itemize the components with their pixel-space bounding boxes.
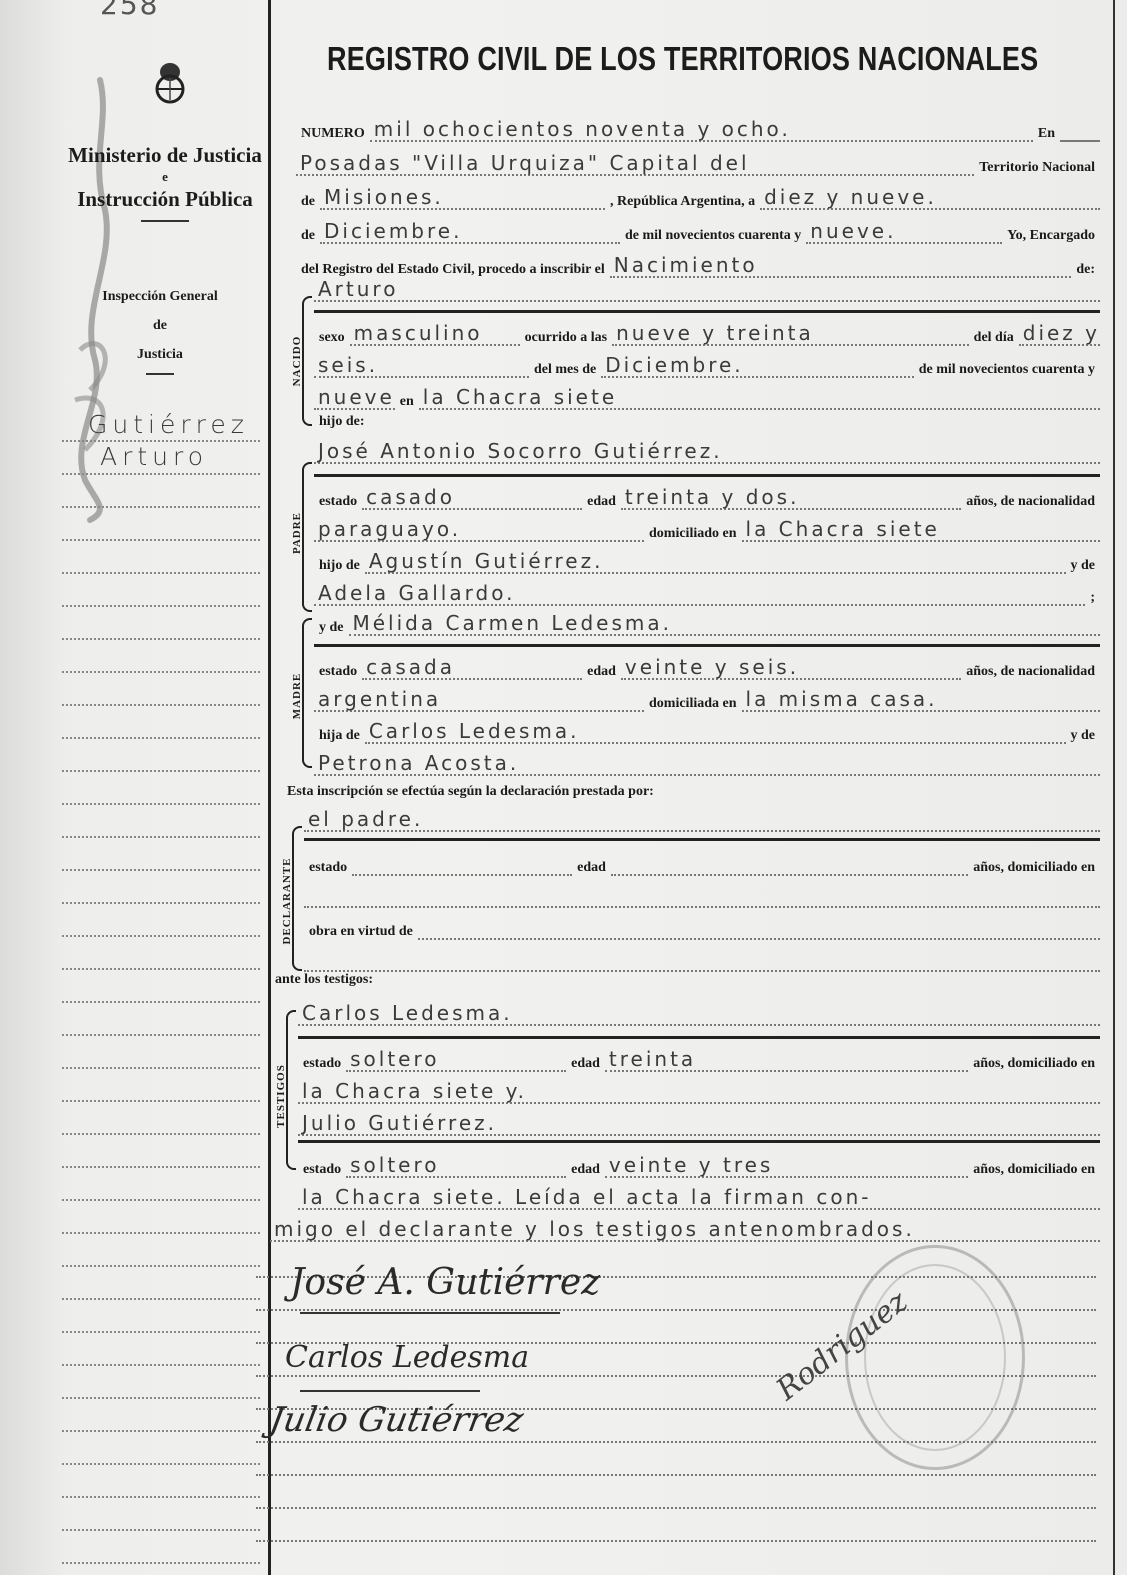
- place-row: Posadas "Villa Urquiza" Capital del Terr…: [296, 152, 1100, 176]
- del-dia-label: del día: [969, 330, 1019, 346]
- declarante-obra-field[interactable]: [418, 916, 1100, 940]
- domicilio-label: años, domiciliado en: [968, 1056, 1100, 1072]
- year-label: de mil novecientos cuarenta y: [620, 228, 806, 244]
- declarante-edad-field[interactable]: [611, 852, 968, 876]
- margin-ruled-line: [62, 1562, 260, 1564]
- margin-ruled-line: [62, 1364, 260, 1366]
- madre-estado-row: estado casada edad veinte y seis. años, …: [314, 656, 1100, 680]
- en-label: En: [1033, 126, 1060, 142]
- lugar-row: nueve en la Chacra siete: [314, 386, 1100, 410]
- margin-rule: [268, 0, 271, 1575]
- declaracion-intro-label: Esta inscripción se efectúa según la dec…: [282, 784, 659, 800]
- year-field[interactable]: nueve.: [806, 220, 1002, 244]
- section-rule: [298, 1140, 1100, 1143]
- y-de-label: y de: [1066, 728, 1101, 744]
- month-row: de Diciembre. de mil novecientos cuarent…: [296, 220, 1100, 244]
- signature-testigo-2: Julio Gutiérrez: [266, 1400, 526, 1440]
- nacionalidad-label: años, de nacionalidad: [961, 664, 1100, 680]
- signature-declarante: José A. Gutiérrez: [290, 1262, 600, 1303]
- estado-label: estado: [314, 664, 362, 680]
- mes-field[interactable]: Diciembre.: [601, 354, 914, 378]
- padre-domicilio-row: paraguayo. domiciliado en la Chacra siet…: [314, 518, 1100, 542]
- numero-field[interactable]: mil ochocientos noventa y ocho.: [370, 118, 1033, 142]
- inspection-line-1: Inspección General: [90, 282, 230, 311]
- nacido-name-row: Arturo: [314, 278, 1100, 302]
- margin-ruled-line: [62, 1067, 260, 1069]
- edad-label: edad: [572, 860, 611, 876]
- margin-ruled-line: [62, 1496, 260, 1498]
- margin-ruled-line: [62, 1199, 260, 1201]
- witness2-estado-row: estado soltero edad veinte y tres años, …: [298, 1154, 1100, 1178]
- nacido-bracket: [302, 296, 312, 426]
- witness2-domicilio-field[interactable]: la Chacra siete. Leída el acta la firman…: [298, 1186, 1100, 1210]
- hijo-de-label: hijo de: [314, 558, 365, 574]
- act-type-field[interactable]: Nacimiento: [610, 254, 1072, 278]
- inspection-line-3: Justicia: [90, 340, 230, 369]
- estado-label: estado: [298, 1056, 346, 1072]
- line-end: [1060, 130, 1100, 142]
- sexo-field[interactable]: masculino: [350, 322, 520, 346]
- declarante-estado-field[interactable]: [352, 852, 572, 876]
- margin-ruled-line: [62, 770, 260, 772]
- madre-name-field[interactable]: Mélida Carmen Ledesma.: [349, 612, 1101, 636]
- margin-ruled-line: [62, 1034, 260, 1036]
- declarante-domicilio-field[interactable]: [304, 884, 1100, 908]
- padre-estado-row: estado casado edad treinta y dos. años, …: [314, 486, 1100, 510]
- domicilio-label: años, domiciliado en: [968, 1162, 1100, 1178]
- signature-ruled-line: [256, 1474, 1096, 1476]
- edad-label: edad: [566, 1056, 605, 1072]
- edad-label: edad: [582, 664, 621, 680]
- margin-ruled-line: [62, 506, 260, 508]
- section-rule: [304, 838, 1100, 841]
- ocurrido-label: ocurrido a las: [520, 330, 612, 346]
- margin-column: 258 Ministerio de Justicia e Instrucción…: [0, 0, 270, 1575]
- registro-row: del Registro del Estado Civil, procedo a…: [296, 254, 1100, 278]
- domicilio-label: domiciliado en: [644, 526, 742, 542]
- witness1-estado-row: estado soltero edad treinta años, domici…: [298, 1048, 1100, 1072]
- witness2-name-row: Julio Gutiérrez.: [298, 1112, 1100, 1136]
- margin-ruled-line: [62, 902, 260, 904]
- declarante-name-field[interactable]: el padre.: [304, 808, 1100, 832]
- section-rule: [314, 644, 1100, 647]
- signature-testigo-1: Carlos Ledesma: [285, 1340, 529, 1375]
- territory-row: de Misiones. , República Argentina, a di…: [296, 186, 1100, 210]
- republica-label: , República Argentina, a: [605, 194, 760, 210]
- padre-nacionalidad-field[interactable]: paraguayo.: [314, 518, 644, 542]
- declarante-name-row: el padre.: [304, 808, 1100, 832]
- witness2-name-field[interactable]: Julio Gutiérrez.: [298, 1112, 1100, 1136]
- section-rule: [298, 1036, 1100, 1039]
- semicolon: ;: [1085, 590, 1100, 606]
- padre-mother-field[interactable]: Adela Gallardo.: [314, 582, 1085, 606]
- dia-field-b[interactable]: seis.: [314, 354, 529, 378]
- padre-edad-field[interactable]: treinta y dos.: [621, 486, 961, 510]
- witness1-name-field[interactable]: Carlos Ledesma.: [298, 1002, 1100, 1026]
- margin-ruled-line: [62, 836, 260, 838]
- mes-row: seis. del mes de Diciembre. de mil novec…: [314, 354, 1100, 378]
- witness1-name-row: Carlos Ledesma.: [298, 1002, 1100, 1026]
- madre-edad-field[interactable]: veinte y seis.: [621, 656, 961, 680]
- inspection-line-2: de: [90, 311, 230, 340]
- mes-label: del mes de: [529, 362, 601, 378]
- page-number: 258: [100, 0, 159, 21]
- closing-field[interactable]: migo el declarante y los testigos anteno…: [270, 1218, 1100, 1242]
- witness1-edad-field[interactable]: treinta: [605, 1048, 968, 1072]
- margin-ruled-line: [62, 1331, 260, 1333]
- declarante-obra-field-2[interactable]: [304, 948, 1100, 972]
- madre-name-row: y de Mélida Carmen Ledesma.: [314, 612, 1100, 636]
- en-label: en: [395, 394, 419, 410]
- witness2-edad-field[interactable]: veinte y tres: [605, 1154, 968, 1178]
- argentine-coat-of-arms-icon: [153, 60, 187, 106]
- madre-nacionalidad-field[interactable]: argentina: [314, 688, 644, 712]
- declarante-obra-row-2: [304, 948, 1100, 972]
- place-field[interactable]: Posadas "Villa Urquiza" Capital del: [296, 152, 974, 176]
- margin-ruled-line: [62, 605, 260, 607]
- obra-label: obra en virtud de: [304, 924, 418, 940]
- witness2-domicilio-row: la Chacra siete. Leída el acta la firman…: [298, 1186, 1100, 1210]
- hijo-row: hijo de:: [314, 414, 514, 430]
- testigos-section-label: TESTIGOS: [275, 1051, 287, 1141]
- declarante-domicilio-row: [304, 884, 1100, 908]
- margin-ruled-line: [62, 968, 260, 970]
- page-title: REGISTRO CIVIL DE LOS TERRITORIOS NACION…: [327, 40, 950, 78]
- closing-row: migo el declarante y los testigos anteno…: [270, 1218, 1100, 1242]
- margin-ruled-line: [62, 1397, 260, 1399]
- margin-ruled-line: [62, 440, 260, 442]
- estado-label: estado: [314, 494, 362, 510]
- witness2-estado-field[interactable]: soltero: [346, 1154, 566, 1178]
- y-de-label: y de: [1066, 558, 1101, 574]
- madre-domicilio-row: argentina domiciliada en la misma casa.: [314, 688, 1100, 712]
- numero-row: NUMERO mil ochocientos noventa y ocho. E…: [296, 118, 1100, 142]
- witness1-domicilio-field[interactable]: la Chacra siete y.: [298, 1080, 1100, 1104]
- margin-ruled-line: [62, 1133, 260, 1135]
- hora-field[interactable]: nueve y treinta: [612, 322, 969, 346]
- page-edge-rule: [1113, 0, 1115, 1575]
- declaracion-intro-row: Esta inscripción se efectúa según la dec…: [282, 784, 1100, 800]
- madre-bracket: [302, 618, 312, 768]
- margin-ruled-line: [62, 671, 260, 673]
- lugar-field[interactable]: la Chacra siete: [419, 386, 1100, 410]
- padre-section-label: PADRE: [291, 498, 303, 568]
- margin-ruled-line: [62, 1463, 260, 1465]
- margin-annotation-surname: Gutiérrez: [88, 410, 249, 439]
- signature-ruled-line: [256, 1540, 1096, 1542]
- de-label: de: [296, 194, 320, 210]
- territory-field[interactable]: Misiones.: [320, 186, 605, 210]
- margin-ruled-line: [62, 638, 260, 640]
- ministry-line-1: Ministerio de Justicia: [60, 140, 270, 170]
- witness1-estado-field[interactable]: soltero: [346, 1048, 566, 1072]
- margin-ruled-line: [62, 1298, 260, 1300]
- margin-ruled-line: [62, 473, 260, 475]
- official-stamp: [845, 1245, 1025, 1470]
- ministry-heading: Ministerio de Justicia e Instrucción Púb…: [60, 140, 270, 222]
- padre-mother-row: Adela Gallardo. ;: [314, 582, 1100, 606]
- section-rule: [314, 474, 1100, 477]
- madre-domicilio-field[interactable]: la misma casa.: [742, 688, 1100, 712]
- madre-estado-field[interactable]: casada: [362, 656, 582, 680]
- signature-underline: [300, 1312, 560, 1314]
- ministry-conjunction: e: [60, 170, 270, 184]
- padre-name-row: José Antonio Socorro Gutiérrez.: [314, 440, 1100, 464]
- testigos-intro-label: ante los testigos:: [270, 972, 378, 988]
- anio-field[interactable]: nueve: [314, 386, 395, 410]
- nacionalidad-label: años, de nacionalidad: [961, 494, 1100, 510]
- testigos-intro-row: ante los testigos:: [270, 972, 1100, 988]
- margin-ruled-line: [62, 539, 260, 541]
- encargado-label: Yo, Encargado: [1002, 228, 1100, 244]
- padre-name-field[interactable]: José Antonio Socorro Gutiérrez.: [314, 440, 1100, 464]
- margin-ruled-line: [62, 803, 260, 805]
- estado-label: estado: [304, 860, 352, 876]
- margin-ruled-line: [62, 704, 260, 706]
- margin-ruled-line: [62, 1265, 260, 1267]
- dia-field-a[interactable]: diez y: [1019, 322, 1100, 346]
- registro-label: del Registro del Estado Civil, procedo a…: [296, 262, 610, 278]
- margin-ruled-line: [62, 1100, 260, 1102]
- edad-label: edad: [582, 494, 621, 510]
- declarante-estado-row: estado edad años, domiciliado en: [304, 852, 1100, 876]
- day-field[interactable]: diez y nueve.: [760, 186, 1100, 210]
- divider: [141, 220, 189, 222]
- margin-ruled-line: [62, 572, 260, 574]
- inspection-heading: Inspección General de Justicia: [90, 282, 230, 375]
- divider: [146, 373, 174, 375]
- nacido-section-label: NACIDO: [291, 326, 303, 396]
- signature-underline: [300, 1390, 480, 1392]
- margin-annotation-given-name: Arturo: [100, 442, 208, 471]
- declarante-obra-row: obra en virtud de: [304, 916, 1100, 940]
- de-label: de: [296, 228, 320, 244]
- territorio-label: Territorio Nacional: [974, 160, 1100, 176]
- margin-ruled-line: [62, 935, 260, 937]
- padre-domicilio-field[interactable]: la Chacra siete: [742, 518, 1100, 542]
- declarante-section-label: DECLARANTE: [281, 846, 293, 956]
- declarante-bracket: [292, 826, 302, 971]
- hijo-label: hijo de:: [314, 414, 370, 430]
- madre-section-label: MADRE: [291, 661, 303, 731]
- domicilio-label: años, domiciliado en: [968, 860, 1100, 876]
- domicilio-label: domiciliada en: [644, 696, 742, 712]
- nacido-name-field[interactable]: Arturo: [314, 278, 1100, 302]
- margin-ruled-line: [62, 1001, 260, 1003]
- margin-ruled-line: [62, 869, 260, 871]
- margin-ruled-line: [62, 737, 260, 739]
- signature-ruled-line: [256, 1507, 1096, 1509]
- margin-ruled-line: [62, 1232, 260, 1234]
- section-rule: [314, 310, 1100, 313]
- madre-mother-row: Petrona Acosta.: [314, 752, 1100, 776]
- madre-father-field[interactable]: Carlos Ledesma.: [365, 720, 1066, 744]
- margin-ruled-line: [62, 1166, 260, 1168]
- numero-label: NUMERO: [296, 126, 370, 142]
- padre-bracket: [302, 462, 312, 612]
- padre-father-field[interactable]: Agustín Gutiérrez.: [365, 550, 1066, 574]
- witness1-domicilio-row: la Chacra siete y.: [298, 1080, 1100, 1104]
- margin-ruled-line: [62, 1529, 260, 1531]
- ministry-line-2: Instrucción Pública: [60, 184, 270, 214]
- edad-label: edad: [566, 1162, 605, 1178]
- padre-parents-row: hijo de Agustín Gutiérrez. y de: [314, 550, 1100, 574]
- y-de-label: y de: [314, 620, 349, 636]
- madre-parents-row: hija de Carlos Ledesma. y de: [314, 720, 1100, 744]
- sexo-label: sexo: [314, 330, 350, 346]
- estado-label: estado: [298, 1162, 346, 1178]
- madre-mother-field[interactable]: Petrona Acosta.: [314, 752, 1100, 776]
- anio-label: de mil novecientos cuarenta y: [914, 362, 1100, 378]
- sexo-row: sexo masculino ocurrido a las nueve y tr…: [314, 322, 1100, 346]
- hija-de-label: hija de: [314, 728, 365, 744]
- padre-estado-field[interactable]: casado: [362, 486, 582, 510]
- de-label: de:: [1071, 262, 1100, 278]
- testigos-bracket: [286, 1010, 296, 1170]
- birth-certificate-page: 258 Ministerio de Justicia e Instrucción…: [0, 0, 1127, 1575]
- month-field[interactable]: Diciembre.: [320, 220, 620, 244]
- margin-ruled-line: [62, 1430, 260, 1432]
